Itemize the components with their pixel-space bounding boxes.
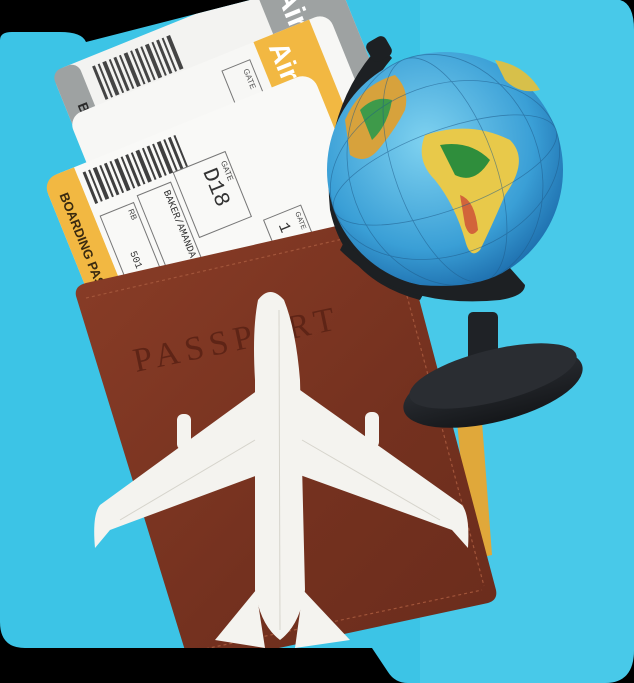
travel-photo: BOARDING PASS Air Ticket FIRST CLASS Air… (0, 0, 634, 683)
